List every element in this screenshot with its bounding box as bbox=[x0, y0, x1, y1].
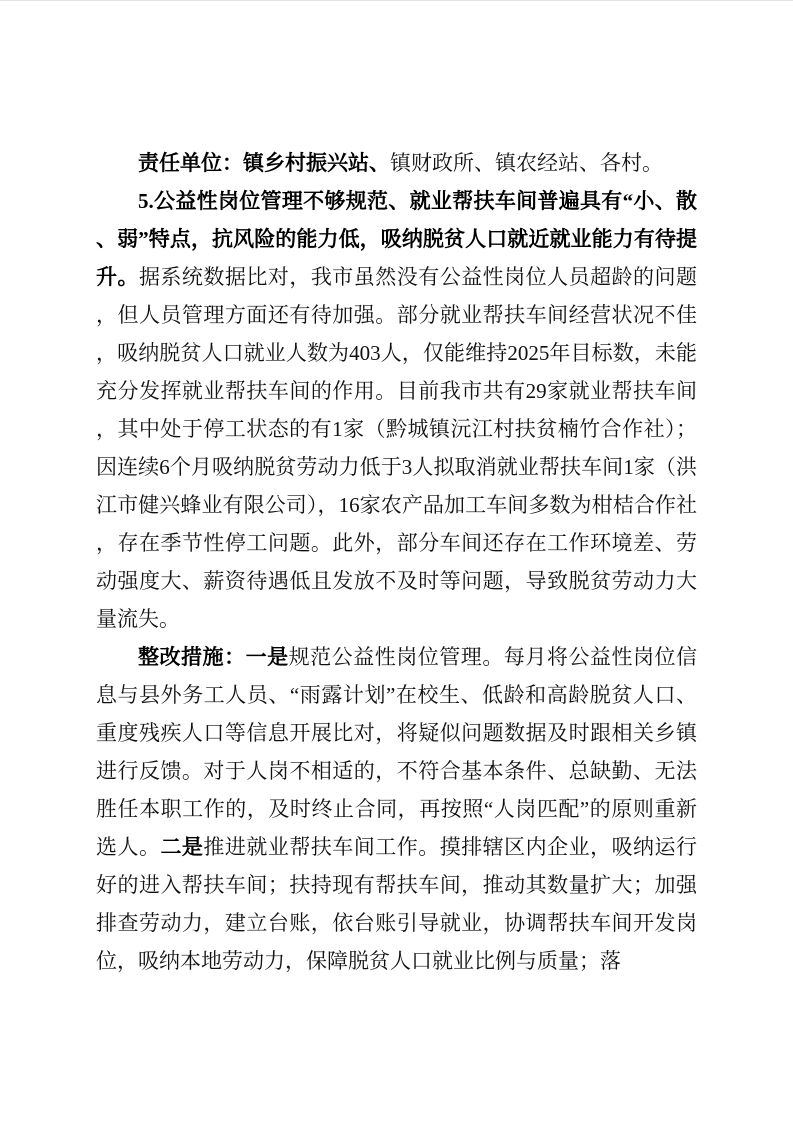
paragraph-responsible-unit: 责任单位：镇乡村振兴站、镇财政所、镇农经站、各村。 bbox=[96, 144, 697, 182]
paragraph-problem-5: 5.公益性岗位管理不够规范、就业帮扶车间普遍具有“小、散、弱”特点，抗风险的能力… bbox=[96, 182, 697, 638]
measure-2-label: 二是 bbox=[160, 835, 203, 859]
responsible-unit-value: 镇财政所、镇农经站、各村。 bbox=[390, 151, 663, 175]
responsible-unit-label: 责任单位：镇乡村振兴站、 bbox=[138, 151, 390, 175]
rectification-heading: 整改措施：一是 bbox=[138, 645, 289, 669]
problem-5-body: 据系统数据比对，我市虽然没有公益性岗位人员超龄的问题，但人员管理方面还有待加强。… bbox=[96, 265, 697, 631]
document-page: 责任单位：镇乡村振兴站、镇财政所、镇农经站、各村。 5.公益性岗位管理不够规范、… bbox=[0, 0, 793, 1123]
document-content: 责任单位：镇乡村振兴站、镇财政所、镇农经站、各村。 5.公益性岗位管理不够规范、… bbox=[96, 144, 697, 980]
rectification-measure-1: 规范公益性岗位管理。每月将公益性岗位信息与县外务工人员、“雨露计划”在校生、低龄… bbox=[96, 645, 697, 859]
paragraph-rectification-measures: 整改措施：一是规范公益性岗位管理。每月将公益性岗位信息与县外务工人员、“雨露计划… bbox=[96, 638, 697, 980]
